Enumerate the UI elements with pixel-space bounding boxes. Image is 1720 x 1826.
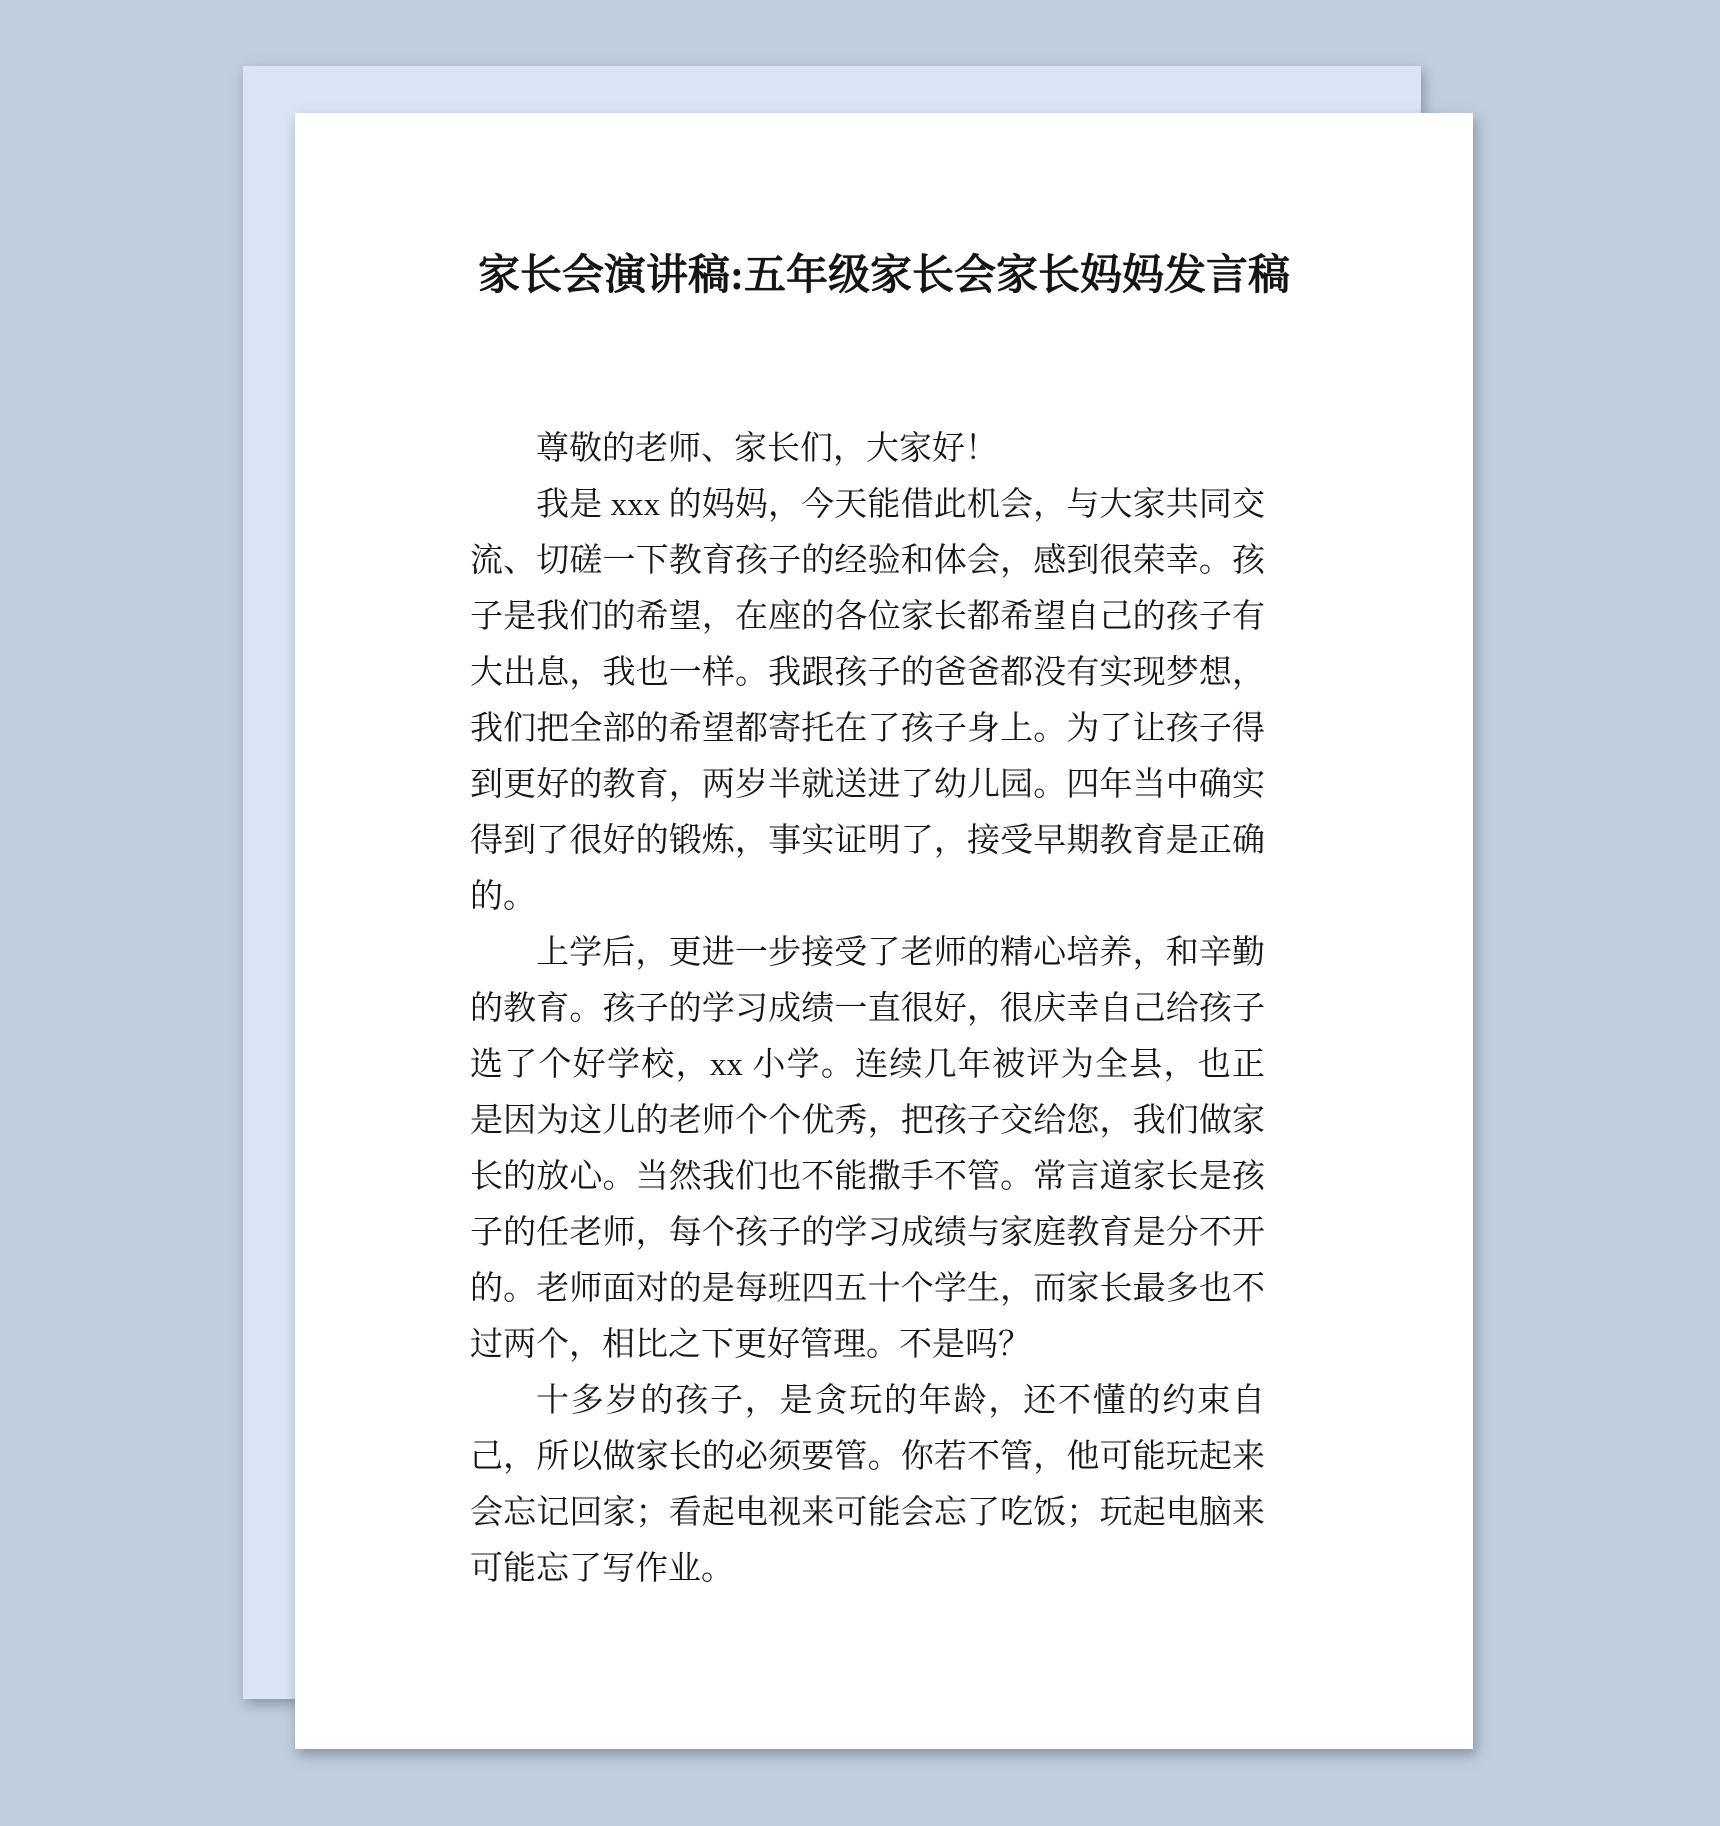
paragraph-intro: 我是 xxx 的妈妈，今天能借此机会，与大家共同交流、切磋一下教育孩子的经验和体… bbox=[470, 477, 1265, 925]
paragraph-discipline: 十多岁的孩子，是贪玩的年龄，还不懂的约束自己，所以做家长的必须要管。你若不管，他… bbox=[470, 1373, 1265, 1597]
desk-background: 家长会演讲稿:五年级家长会家长妈妈发言稿 尊敬的老师、家长们，大家好！ 我是 x… bbox=[0, 0, 1720, 1826]
paragraph-greeting: 尊敬的老师、家长们，大家好！ bbox=[470, 421, 1265, 477]
document-body: 尊敬的老师、家长们，大家好！ 我是 xxx 的妈妈，今天能借此机会，与大家共同交… bbox=[470, 421, 1265, 1597]
document-title: 家长会演讲稿:五年级家长会家长妈妈发言稿 bbox=[395, 243, 1373, 309]
paragraph-school: 上学后，更进一步接受了老师的精心培养，和辛勤的教育。孩子的学习成绩一直很好，很庆… bbox=[470, 925, 1265, 1373]
document-page: 家长会演讲稿:五年级家长会家长妈妈发言稿 尊敬的老师、家长们，大家好！ 我是 x… bbox=[295, 113, 1473, 1749]
